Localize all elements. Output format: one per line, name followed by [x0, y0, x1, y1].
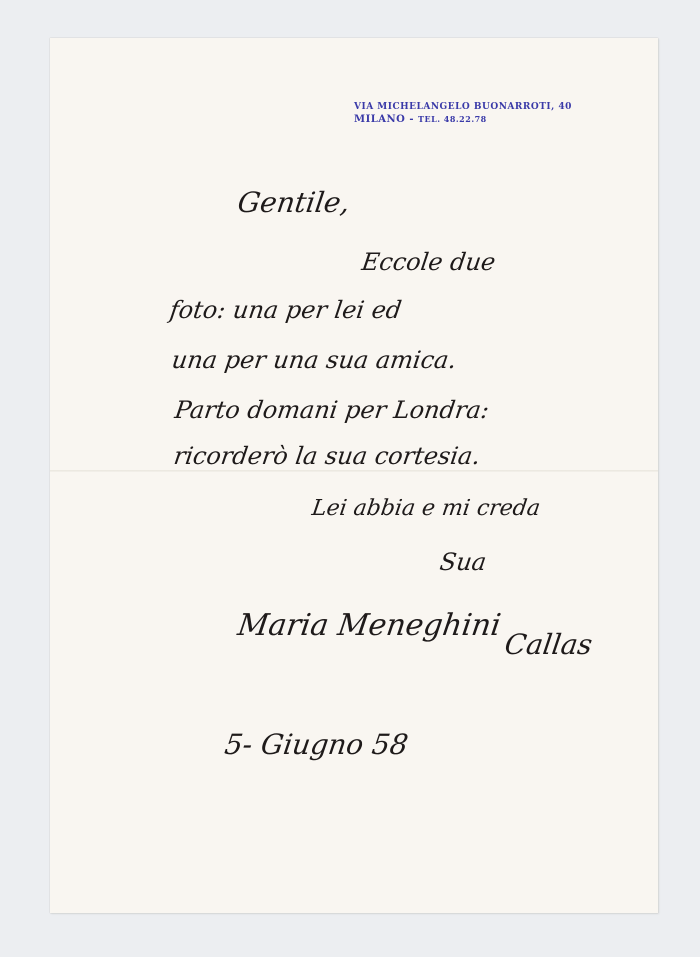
- fold-crease: [50, 470, 658, 472]
- letter-line: Parto domani per Londra:: [173, 396, 491, 424]
- letterhead: VIA MICHELANGELO BUONARROTI, 40 MILANO -…: [354, 102, 572, 125]
- letter-line: foto: una per lei ed: [168, 296, 403, 324]
- letter-paper: VIA MICHELANGELO BUONARROTI, 40 MILANO -…: [50, 38, 658, 913]
- signature-surname: Callas: [503, 628, 595, 661]
- letter-date: 5- Giugno 58: [223, 728, 411, 761]
- signature-name: Maria Meneghini: [236, 608, 503, 643]
- letterhead-tel: TEL. 48.22.78: [418, 114, 487, 124]
- letter-line: una per una sua amica.: [170, 346, 458, 374]
- closing: Sua: [438, 548, 488, 576]
- letterhead-city-tel: MILANO - TEL. 48.22.78: [354, 114, 572, 125]
- letterhead-separator: -: [405, 114, 418, 125]
- letterhead-address: VIA MICHELANGELO BUONARROTI, 40: [354, 102, 572, 112]
- letter-line: ricorderò la sua cortesia.: [172, 442, 482, 470]
- salutation: Gentile,: [236, 186, 352, 219]
- letter-line: Lei abbia e mi creda: [310, 496, 542, 521]
- letter-line: Eccole due: [360, 248, 497, 276]
- letterhead-city: MILANO: [354, 114, 405, 125]
